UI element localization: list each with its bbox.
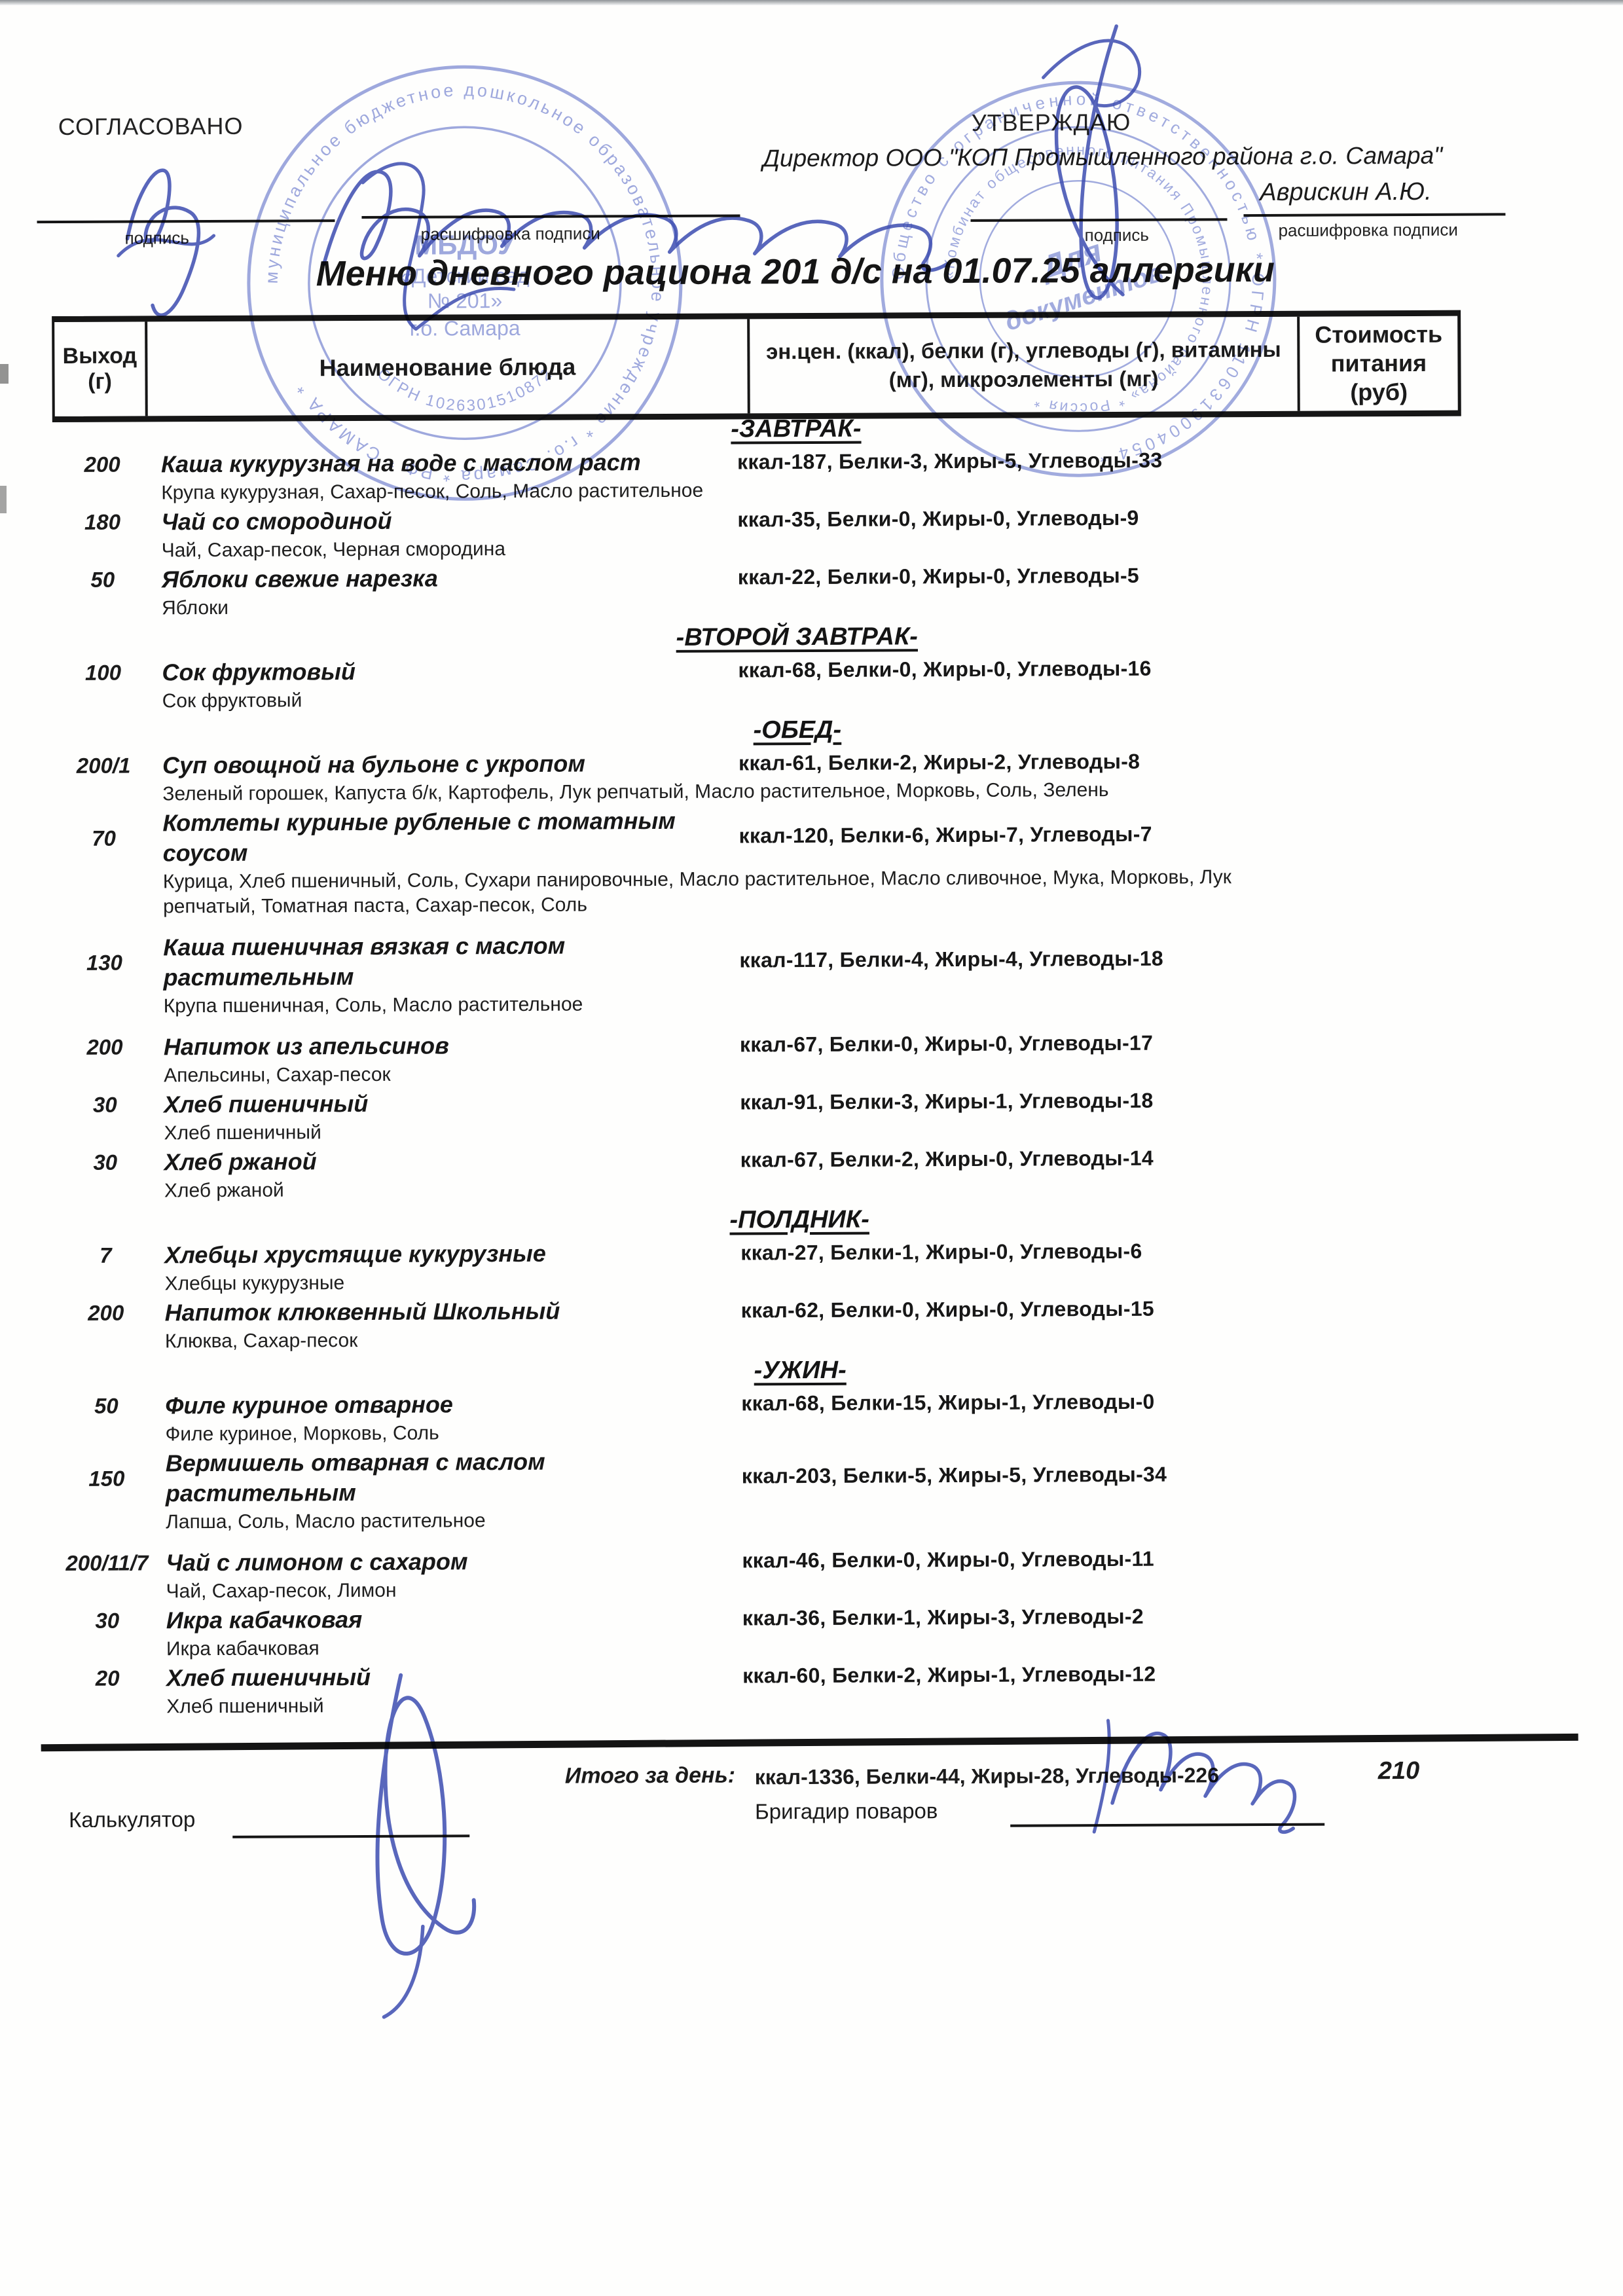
dish-nutrition: ккал-68, Белки-0, Жиры-0, Углеводы-16 [738,655,1462,682]
dish-name-line: Хлеб пшеничный [166,1661,723,1694]
page-title: Меню дневного рациона 201 д/с на 01.07.2… [160,249,1431,295]
sign-caption: подпись [1085,225,1149,246]
calculator-label: Калькулятор [69,1807,195,1832]
menu-body: -ЗАВТРАК- 200 Каша кукурузная на воде с … [52,410,1467,1721]
menu-section: -ПОЛДНИК- 7 Хлебцы хрустящие кукурузные … [56,1202,1465,1355]
dish-name: Напиток клюквенный Школьный [165,1295,741,1328]
dish-name-line: растительным [163,960,720,993]
dish-weight: 150 [57,1466,166,1491]
dish-weight: 100 [53,660,162,685]
dish-nutrition: ккал-62, Белки-0, Жиры-0, Углеводы-15 [741,1295,1465,1322]
dish-nutrition: ккал-22, Белки-0, Жиры-0, Углеводы-5 [738,562,1462,589]
dish-weight: 30 [56,1150,164,1175]
dish-name-line: Каша кукурузная на воде с маслом раст [161,447,718,480]
dish-ingredients: Клюква, Сахар-песок [165,1324,1278,1354]
section-title: -ЗАВТРАК- [52,411,1461,447]
menu-row: 7 Хлебцы хрустящие кукурузные ккал-27, Б… [56,1235,1465,1297]
dish-weight: 7 [56,1243,164,1268]
dish-name-line: соусом [163,836,720,869]
dish-weight: 20 [58,1666,166,1691]
document-content: СОГЛАСОВАНО подпись расшифровка подписи … [0,0,1623,2296]
section-title: -ОБЕД- [54,712,1463,748]
section-title: -УЖИН- [56,1353,1465,1389]
dish-nutrition: ккал-61, Белки-2, Жиры-2, Углеводы-8 [739,748,1463,775]
dish-ingredients: Апельсины, Сахар-песок [164,1059,1277,1088]
dish-nutrition: ккал-67, Белки-2, Жиры-0, Углеводы-14 [740,1144,1465,1172]
signature-agreed-name [323,161,947,329]
menu-row: 50 Яблоки свежие нарезка ккал-22, Белки-… [53,559,1462,621]
dish-weight: 50 [56,1393,165,1419]
dish-nutrition: ккал-91, Белки-3, Жиры-1, Углеводы-18 [740,1087,1464,1114]
dish-nutrition: ккал-67, Белки-0, Жиры-0, Углеводы-17 [740,1029,1464,1057]
dish-nutrition: ккал-46, Белки-0, Жиры-0, Углеводы-11 [742,1545,1466,1573]
section-title: -ВТОРОЙ ЗАВТРАК- [53,619,1462,655]
totals-label: Итого за день: [565,1763,735,1789]
dish-nutrition: ккал-35, Белки-0, Жиры-0, Углеводы-9 [737,504,1461,532]
dish-name: Хлебцы хрустящие кукурузные [164,1237,740,1270]
dish-nutrition: ккал-36, Белки-1, Жиры-3, Углеводы-2 [742,1603,1467,1630]
signature-calculator [376,1675,475,2017]
dish-name: Яблоки свежие нарезка [162,562,738,594]
menu-row: 200 Каша кукурузная на воде с маслом рас… [52,444,1461,506]
signature-line [37,219,335,223]
menu-row: 200 Напиток из апельсинов ккал-67, Белки… [55,1027,1464,1089]
dish-name-line: Котлеты куриные рубленые с томатным [162,806,719,839]
dish-ingredients: Крупа кукурузная, Сахар-песок, Соль, Мас… [161,476,1274,505]
dish-name: Сок фруктовый [162,655,738,687]
dish-name-line: Каша пшеничная вязкая с маслом [163,930,720,963]
dish-name: Чай со смородиной [161,504,737,537]
signature-line [970,218,1227,222]
menu-row: 200 Напиток клюквенный Школьный ккал-62,… [56,1292,1465,1355]
dish-weight: 30 [55,1092,164,1118]
dish-name-line: Яблоки свежие нарезка [162,562,718,595]
dish-ingredients: Хлеб пшеничный [166,1690,1279,1719]
menu-section: -ОБЕД- 200/1 Суп овощной на бульоне с ук… [54,712,1465,1204]
dish-name-line: Сок фруктовый [162,655,718,688]
dish-nutrition: ккал-120, Белки-6, Жиры-7, Углеводы-7 [739,820,1463,848]
section-rows: 100 Сок фруктовый ккал-68, Белки-0, Жиры… [53,652,1462,714]
dish-name-line: Хлебцы хрустящие кукурузные [164,1238,721,1271]
menu-row: 180 Чай со смородиной ккал-35, Белки-0, … [52,501,1461,564]
decrypt-caption: расшифровка подписи [421,223,600,244]
dish-name: Напиток из апельсинов [164,1029,740,1062]
dish-name: Хлеб пшеничный [166,1660,742,1693]
column-header-cost: Стоимость питания (руб) [1297,316,1458,411]
sign-caption: подпись [125,228,189,248]
section-rows: 200/1 Суп овощной на бульоне с укропом к… [54,745,1465,1204]
scanned-document-page: СОГЛАСОВАНО подпись расшифровка подписи … [0,0,1623,2296]
dish-weight: 200 [55,1034,164,1060]
column-header-dish: Наименование блюда [145,319,748,416]
dish-name: Каша кукурузная на воде с маслом раст [161,446,737,479]
dish-name: Хлеб ржаной [164,1144,740,1177]
signature-line [232,1834,469,1838]
menu-section: -ВТОРОЙ ЗАВТРАК- 100 Сок фруктовый ккал-… [53,619,1463,714]
menu-section: -ЗАВТРАК- 200 Каша кукурузная на воде с … [52,411,1462,621]
director-title: Директор ООО "КОП Промышленного района г… [729,141,1476,173]
menu-row: 100 Сок фруктовый ккал-68, Белки-0, Жиры… [53,652,1462,714]
menu-row: 130 Каша пшеничная вязкая с масломрастит… [54,927,1464,1019]
dish-nutrition: ккал-60, Белки-2, Жиры-1, Углеводы-12 [742,1660,1467,1688]
dish-weight: 180 [52,509,161,535]
dish-ingredients: Хлеб пшеничный [164,1116,1277,1146]
menu-row: 70 Котлеты куриные рубленые с томатнымсо… [54,803,1463,920]
dish-ingredients: Яблоки [162,591,1275,621]
dish-ingredients: Крупа пшеничная, Соль, Масло растительно… [164,989,1277,1019]
menu-row: 30 Хлеб ржаной ккал-67, Белки-2, Жиры-0,… [56,1142,1465,1204]
dish-nutrition: ккал-203, Белки-5, Жиры-5, Углеводы-34 [742,1461,1466,1488]
menu-row: 150 Вермишель отварная с масломраститель… [57,1443,1467,1535]
menu-row: 50 Филе куриное отварное ккал-68, Белки-… [56,1385,1465,1448]
director-name: Аврискин А.Ю. [1260,178,1431,207]
totals-values: ккал-1336, Белки-44, Жиры-28, Углеводы-2… [755,1763,1219,1789]
dish-weight: 50 [53,567,162,592]
decrypt-caption: расшифровка подписи [1278,220,1457,241]
dish-ingredients: Хлебцы кукурузные [164,1267,1277,1296]
dish-name-line: Чай со смородиной [161,505,718,538]
dish-ingredients: Хлеб ржаной [164,1174,1277,1203]
dish-nutrition: ккал-117, Белки-4, Жиры-4, Углеводы-18 [739,945,1463,972]
dish-nutrition: ккал-27, Белки-1, Жиры-0, Углеводы-6 [740,1237,1465,1265]
dish-ingredients: Икра кабачковая [166,1632,1279,1662]
dish-ingredients: Сок фруктовый [162,684,1275,714]
dish-name-line: Вермишель отварная с маслом [166,1446,722,1479]
dish-name-line: Филе куриное отварное [165,1389,721,1421]
dish-ingredients: Филе куриное, Морковь, Соль [165,1417,1278,1447]
dish-weight: 200/1 [54,753,162,778]
menu-section: -УЖИН- 50 Филе куриное отварное ккал-68,… [56,1353,1467,1720]
menu-row: 20 Хлеб пшеничный ккал-60, Белки-2, Жиры… [58,1658,1467,1720]
dish-ingredients: Чай, Сахар-песок, Лимон [166,1575,1279,1604]
dish-name: Каша пшеничная вязкая с масломрастительн… [163,930,739,993]
table-header: Выход (г) Наименование блюда эн.цен. (кк… [52,310,1461,422]
menu-row: 200/1 Суп овощной на бульоне с укропом к… [54,745,1463,807]
section-rows: 200 Каша кукурузная на воде с маслом рас… [52,444,1462,621]
menu-row: 30 Хлеб пшеничный ккал-91, Белки-3, Жиры… [55,1084,1464,1146]
dish-ingredients: Курица, Хлеб пшеничный, Соль, Сухари пан… [163,865,1276,919]
dish-name: Суп овощной на бульоне с укропом [162,748,739,780]
dish-name-line: Икра кабачковая [166,1603,723,1636]
dish-name-line: Напиток клюквенный Школьный [165,1296,721,1328]
approved-label: УТВЕРЖДАЮ [972,109,1131,137]
dish-weight: 30 [58,1608,166,1633]
dish-weight: 200 [56,1300,165,1326]
dish-name: Филе куриное отварное [165,1388,741,1421]
dish-name: Котлеты куриные рубленые с томатнымсоусо… [162,805,739,868]
menu-row: 30 Икра кабачковая ккал-36, Белки-1, Жир… [58,1600,1467,1662]
dish-weight: 200/11/7 [57,1550,166,1576]
section-rows: 50 Филе куриное отварное ккал-68, Белки-… [56,1385,1467,1720]
totals-divider [41,1734,1578,1751]
dish-ingredients: Чай, Сахар-песок, Черная смородина [162,534,1275,563]
section-rows: 7 Хлебцы хрустящие кукурузные ккал-27, Б… [56,1235,1465,1355]
dish-name-line: растительным [166,1476,722,1509]
section-title: -ПОЛДНИК- [56,1202,1465,1238]
signature-line [1010,1823,1324,1827]
agreed-label: СОГЛАСОВАНО [58,113,244,141]
signature-line [1243,213,1505,217]
brigadier-label: Бригадир поваров [755,1798,938,1824]
dish-name-line: Суп овощной на бульоне с укропом [162,748,719,781]
totals-cost: 210 [1378,1757,1420,1785]
dish-name-line: Чай с лимоном с сахаром [166,1546,722,1578]
dish-name-line: Напиток из апельсинов [164,1030,720,1063]
dish-name-line: Хлеб ржаной [164,1145,721,1178]
dish-name: Икра кабачковая [166,1603,742,1635]
column-header-weight: Выход (г) [54,321,145,416]
dish-ingredients: Зеленый горошек, Капуста б/к, Картофель,… [162,777,1275,807]
dish-weight: 70 [54,826,163,851]
dish-name: Хлеб пшеничный [164,1087,740,1120]
dish-name: Вермишель отварная с масломрастительным [166,1446,742,1508]
column-header-nutrition: эн.цен. (ккал), белки (г), углеводы (г),… [747,317,1298,414]
dish-name-line: Хлеб пшеничный [164,1087,720,1120]
dish-ingredients: Лапша, Соль, Масло растительное [166,1505,1279,1535]
signature-line [361,214,740,219]
dish-weight: 130 [54,950,163,975]
dish-nutrition: ккал-187, Белки-3, Жиры-5, Углеводы-33 [737,446,1461,474]
dish-nutrition: ккал-68, Белки-15, Жиры-1, Углеводы-0 [741,1388,1465,1415]
dish-name: Чай с лимоном с сахаром [166,1545,742,1578]
menu-row: 200/11/7 Чай с лимоном с сахаром ккал-46… [57,1542,1466,1605]
dish-weight: 200 [52,452,161,477]
